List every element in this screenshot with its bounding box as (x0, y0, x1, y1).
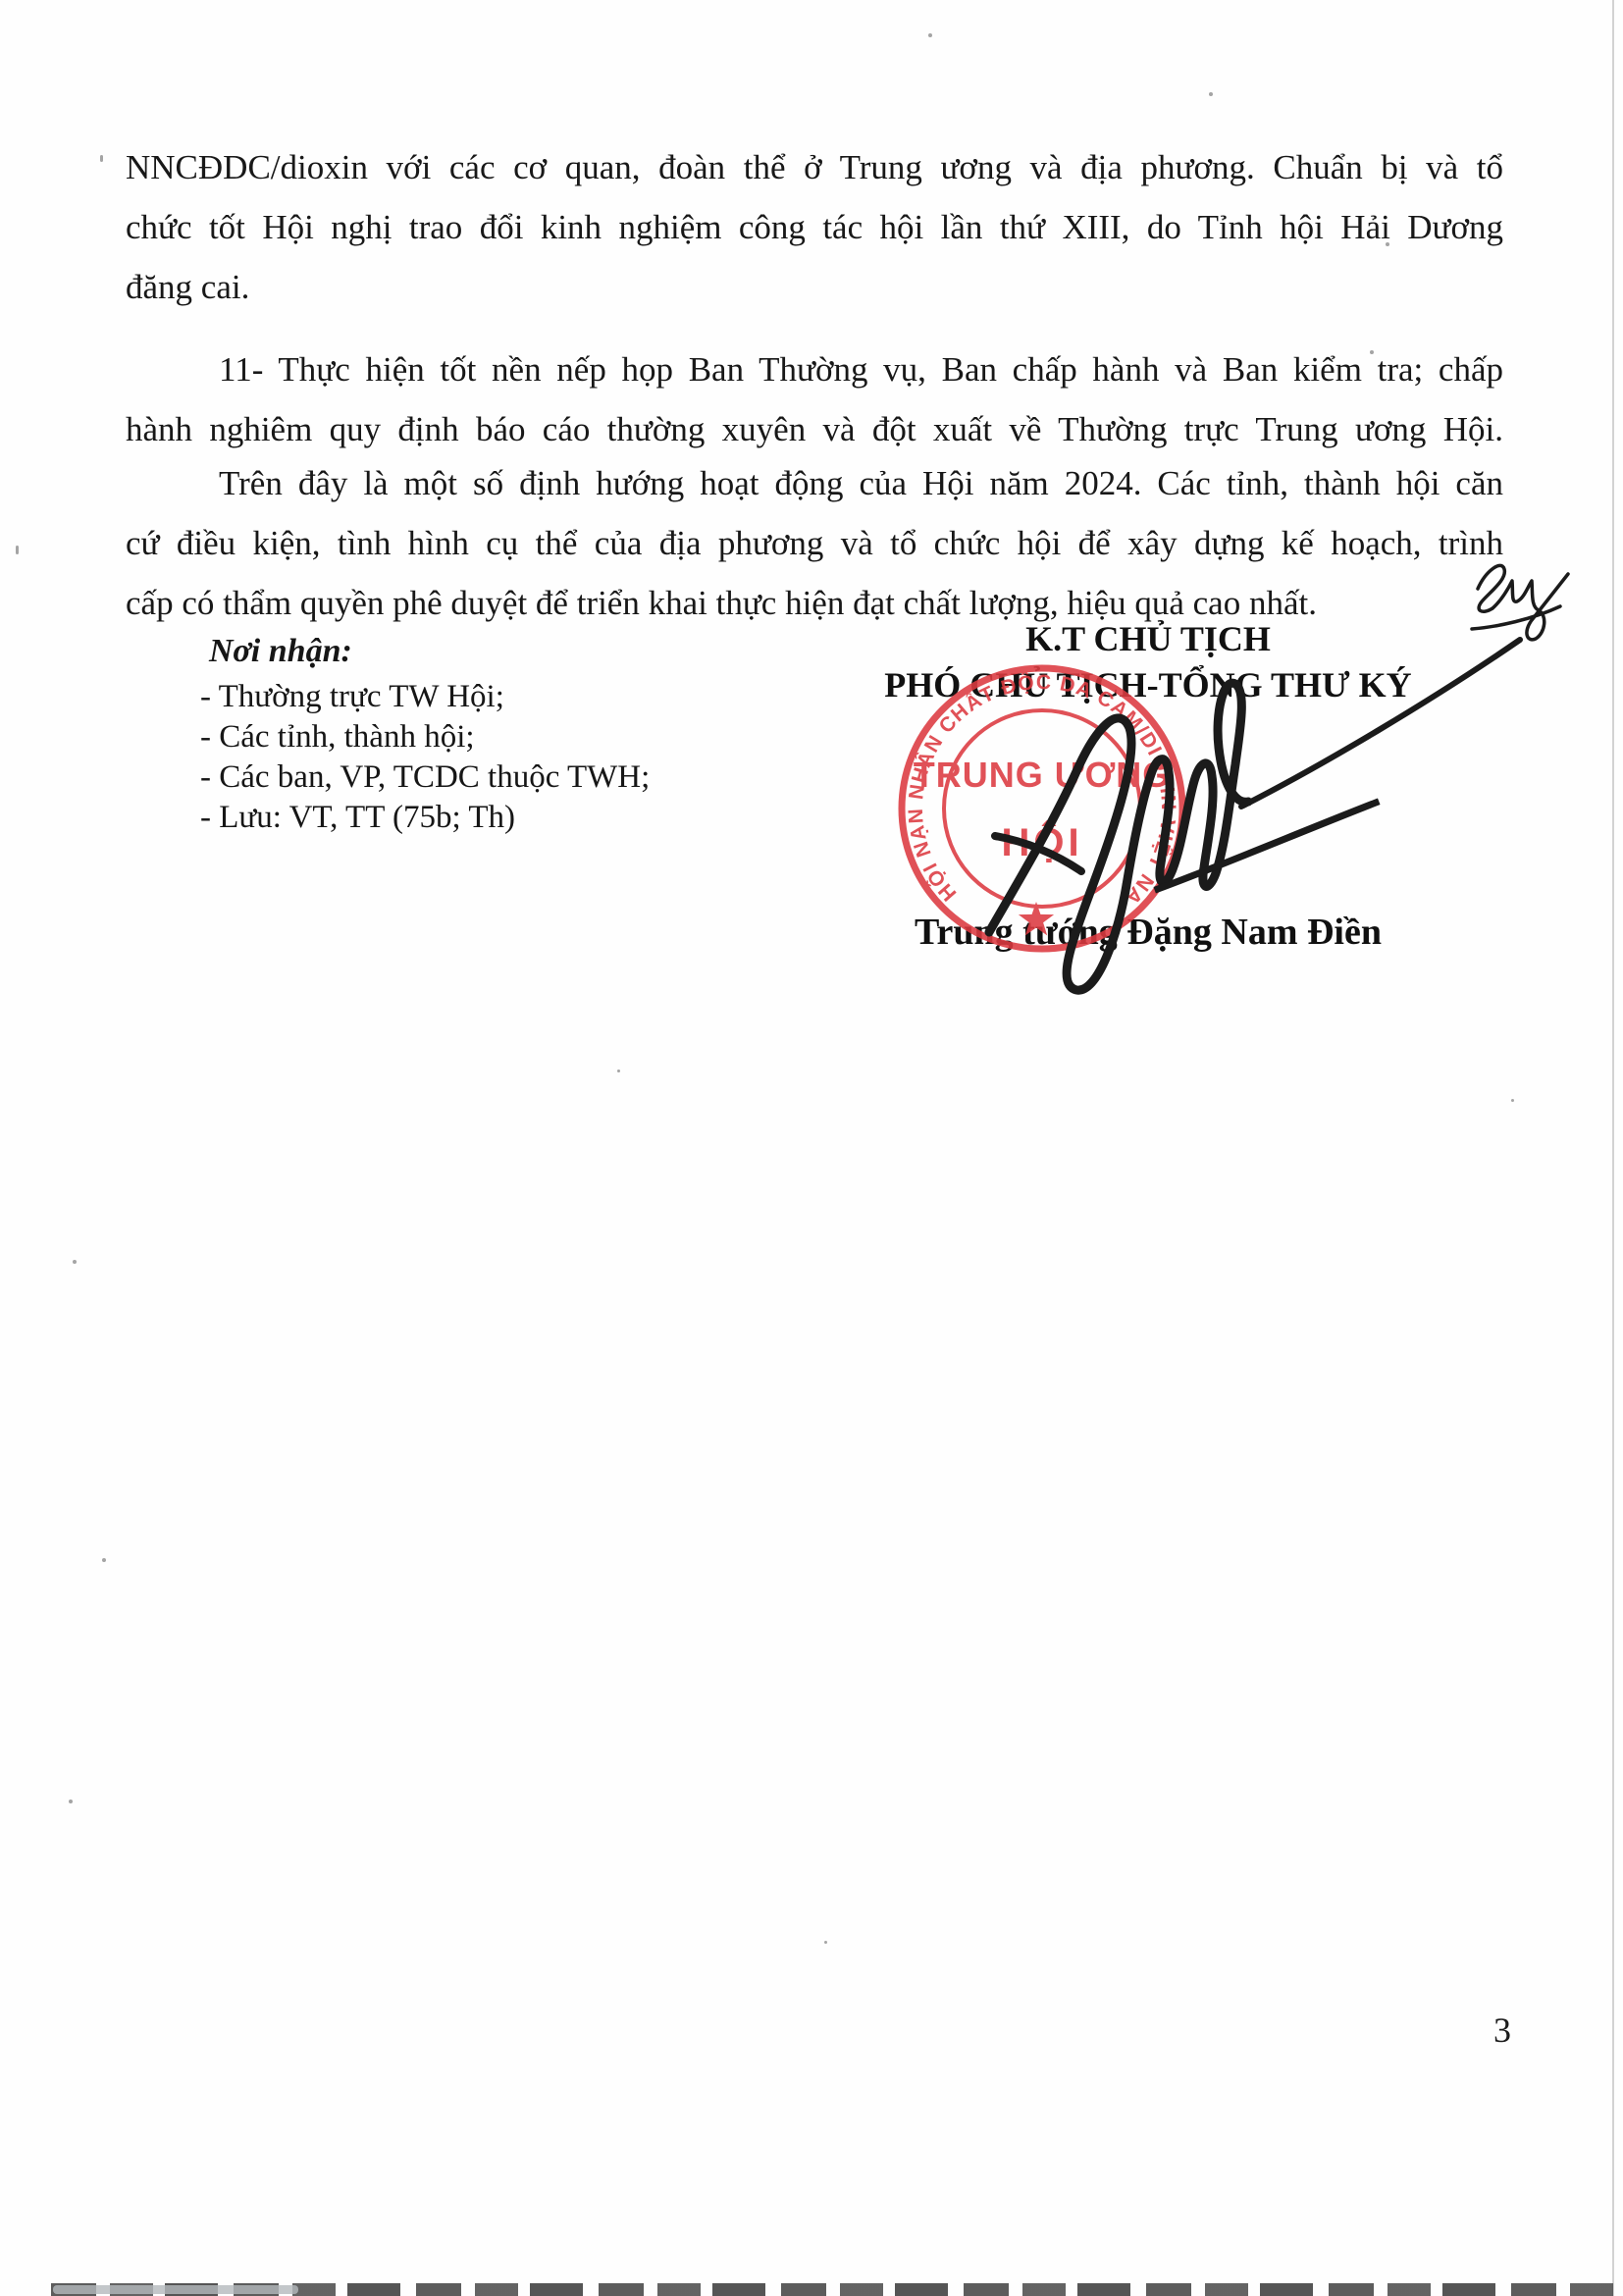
scan-speck (102, 1558, 106, 1562)
scan-edge-line (1612, 0, 1614, 2296)
scan-speck (1511, 1099, 1514, 1102)
stamp-inner-ring (944, 710, 1140, 907)
scan-speck (16, 546, 19, 554)
recipients-heading: Nơi nhận: (209, 633, 352, 670)
signer-name: Trung tướng Đặng Nam Điền (864, 911, 1433, 954)
body-line: cứ điều kiện, tình hình cụ thể của địa p… (126, 513, 1503, 573)
scan-speck (824, 1941, 827, 1944)
recipient-item: - Các ban, VP, TCDC thuộc TWH; (200, 759, 650, 796)
recipient-item: - Lưu: VT, TT (75b; Th) (200, 800, 515, 836)
signature-cross-stroke (995, 836, 1081, 871)
stamp-center-line2: HỘI (1001, 819, 1082, 864)
scan-speck (617, 1070, 620, 1072)
stamp-center-line1: TRUNG ƯƠNG (914, 755, 1172, 795)
body-line: hành nghiêm quy định báo cáo thường xuyê… (126, 399, 1503, 459)
body-line: NNCĐDC/dioxin với các cơ quan, đoàn thể … (126, 137, 1503, 197)
scan-speck (928, 33, 932, 37)
scan-speck (69, 1800, 73, 1803)
body-line: đăng cai. (126, 257, 1503, 317)
scan-speck (1386, 242, 1389, 246)
body-line: chức tốt Hội nghị trao đổi kinh nghiệm c… (126, 197, 1503, 257)
page-number: 3 (1493, 2009, 1511, 2051)
stamp-outer-ring (902, 668, 1182, 949)
body-line: 11- Thực hiện tốt nền nếp họp Ban Thường… (126, 339, 1503, 399)
scan-speck (1370, 350, 1374, 354)
scan-speck (100, 155, 103, 162)
scan-speck (1209, 92, 1213, 96)
scan-speck (73, 1260, 77, 1264)
recipient-item: - Các tỉnh, thành hội; (200, 719, 475, 756)
signature-title-2: PHÓ CHỦ TỊCH-TỔNG THƯ KÝ (864, 664, 1433, 705)
signature-loop-2 (1126, 683, 1248, 886)
body-line: Trên đây là một số định hướng hoạt động … (126, 453, 1503, 513)
recipient-item: - Thường trực TW Hội; (200, 679, 504, 715)
scan-bottom-smear (53, 2285, 298, 2294)
scanned-document-page: NNCĐDC/dioxin với các cơ quan, đoàn thể … (0, 0, 1623, 2296)
signature-flourish-short (1158, 803, 1376, 889)
signature-title-1: K.T CHỦ TỊCH (864, 618, 1433, 659)
